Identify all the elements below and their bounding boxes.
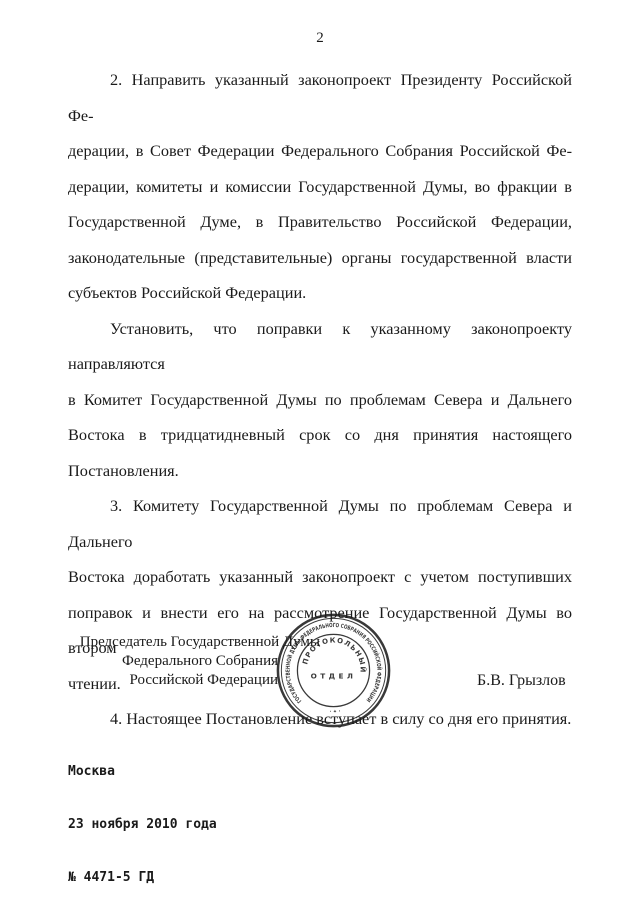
footer-date: 23 ноября 2010 года: [68, 816, 217, 834]
signature-name: Б.В. Грызлов: [477, 671, 566, 690]
stamp-ring-bottom-marks: · ✦ ·: [329, 709, 341, 716]
body-text-line: субъектов Российской Федерации.: [68, 275, 572, 311]
document-page: { "page": { "number": "2" }, "body": { "…: [0, 0, 640, 905]
signature-title-line-3: Российской Федерации: [0, 671, 278, 690]
body-text-line: дерации, комитеты и комиссии Государстве…: [68, 169, 572, 205]
signature-block: Председатель Государственной Думы Федера…: [0, 633, 278, 690]
footer-number: № 4471-5 ГД: [68, 869, 217, 887]
protocol-department-stamp-icon: ГОСУДАРСТВЕННОЙ ДУМЫ ФЕДЕРАЛЬНОГО СОБРАН…: [275, 612, 392, 729]
body-text-line: 3. Комитету Государственной Думы по проб…: [68, 488, 572, 559]
signature-title-line-1: Председатель Государственной Думы: [0, 633, 320, 652]
page-number: 2: [68, 30, 572, 47]
body-text-line: дерации, в Совет Федерации Федерального …: [68, 133, 572, 169]
signature-title-line-2: Федерального Собрания: [0, 652, 278, 671]
footer-city: Москва: [68, 763, 217, 781]
footer-block: Москва 23 ноября 2010 года № 4471-5 ГД: [68, 728, 217, 904]
body-text-line: Востока доработать указанный законопроек…: [68, 559, 572, 595]
body-text-line: законодательные (представительные) орган…: [68, 240, 572, 276]
stamp-center-text: ОТДЕЛ: [311, 671, 357, 680]
body-text-line: Установить, что поправки к указанному за…: [68, 311, 572, 382]
body-text-line: Востока в тридцатидневный срок со дня пр…: [68, 417, 572, 453]
body-text-line: Постановления.: [68, 453, 572, 489]
body-text-line: 2. Направить указанный законопроект През…: [68, 62, 572, 133]
body-text-line: в Комитет Государственной Думы по пробле…: [68, 382, 572, 418]
body-text-line: Государственной Думе, в Правительство Ро…: [68, 204, 572, 240]
